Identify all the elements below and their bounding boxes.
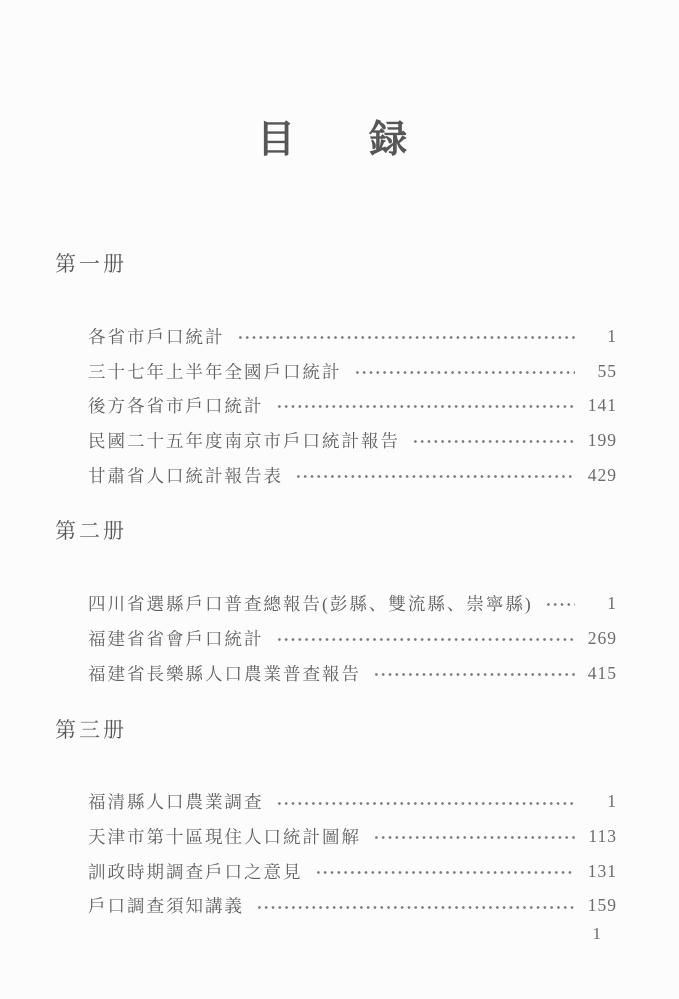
section-entries: 四川省選縣戶口普查總報告(彭縣、雙流縣、崇寧縣)1福建省省會戶口統計269福建省… <box>88 586 617 690</box>
entry-title: 福建省長樂縣人口農業普查報告 <box>88 661 361 686</box>
toc-entry: 天津市第十區現住人口統計圖解113 <box>88 819 617 854</box>
toc-entry: 後方各省市戶口統計141 <box>88 388 617 423</box>
entry-page-number: 55 <box>583 361 617 382</box>
toc-entry: 各省市戶口統計1 <box>88 319 617 354</box>
section-label: 第一册 <box>55 250 679 278</box>
dot-leader <box>371 656 575 691</box>
section-label: 第二册 <box>55 517 679 545</box>
section-entries: 福清縣人口農業調查1天津市第十區現住人口統計圖解113訓政時期調查戶口之意見13… <box>88 785 617 924</box>
toc-entry: 福建省省會戶口統計269 <box>88 621 617 656</box>
dot-leader <box>235 319 576 354</box>
dot-leader <box>274 388 576 423</box>
section-entries: 各省市戶口統計1三十七年上半年全國戶口統計55後方各省市戶口統計141民國二十五… <box>88 319 617 492</box>
entry-page-number: 1 <box>583 593 617 614</box>
toc-entry: 四川省選縣戶口普查總報告(彭縣、雙流縣、崇寧縣)1 <box>88 586 617 621</box>
entry-title: 後方各省市戶口統計 <box>88 393 264 418</box>
entry-page-number: 159 <box>583 895 617 916</box>
dot-leader <box>371 819 575 854</box>
page-title: 目 録 <box>257 108 407 163</box>
entry-page-number: 199 <box>583 430 617 451</box>
entry-title: 天津市第十區現住人口統計圖解 <box>88 824 361 849</box>
entry-page-number: 429 <box>583 465 617 486</box>
entry-page-number: 269 <box>583 628 617 649</box>
toc-section: 第一册各省市戶口統計1三十七年上半年全國戶口統計55後方各省市戶口統計141民國… <box>0 250 679 492</box>
entry-title: 民國二十五年度南京市戶口統計報告 <box>88 428 400 453</box>
toc-section: 第二册四川省選縣戶口普查總報告(彭縣、雙流縣、崇寧縣)1福建省省會戶口統計269… <box>0 517 679 690</box>
entry-title: 福清縣人口農業調查 <box>88 789 264 814</box>
dot-leader <box>313 854 576 889</box>
entry-page-number: 1 <box>583 791 617 812</box>
scanned-toc-page: 目 録 第一册各省市戶口統計1三十七年上半年全國戶口統計55後方各省市戶口統計1… <box>0 0 679 999</box>
entry-page-number: 131 <box>583 861 617 882</box>
dot-leader <box>543 586 575 621</box>
folio-page-number: 1 <box>593 924 602 944</box>
dot-leader <box>274 621 576 656</box>
section-label: 第三册 <box>55 716 679 744</box>
entry-title: 四川省選縣戶口普查總報告(彭縣、雙流縣、崇寧縣) <box>88 591 533 616</box>
entry-title: 福建省省會戶口統計 <box>88 626 264 651</box>
toc-entry: 甘肅省人口統計報告表429 <box>88 458 617 493</box>
entry-title: 三十七年上半年全國戶口統計 <box>88 359 342 384</box>
entry-page-number: 415 <box>583 663 617 684</box>
toc-entry: 福清縣人口農業調查1 <box>88 785 617 820</box>
toc-sections: 第一册各省市戶口統計1三十七年上半年全國戶口統計55後方各省市戶口統計141民國… <box>0 250 679 923</box>
entry-title: 戶口調查須知講義 <box>88 893 244 918</box>
entry-page-number: 113 <box>583 826 617 847</box>
dot-leader <box>293 458 575 493</box>
entry-title: 甘肅省人口統計報告表 <box>88 463 283 488</box>
entry-title: 訓政時期調查戶口之意見 <box>88 859 303 884</box>
toc-entry: 民國二十五年度南京市戶口統計報告199 <box>88 423 617 458</box>
entry-title: 各省市戶口統計 <box>88 324 225 349</box>
entry-page-number: 1 <box>583 326 617 347</box>
toc-entry: 福建省長樂縣人口農業普查報告415 <box>88 656 617 691</box>
dot-leader <box>254 889 575 924</box>
toc-section: 第三册福清縣人口農業調查1天津市第十區現住人口統計圖解113訓政時期調查戶口之意… <box>0 716 679 924</box>
entry-page-number: 141 <box>583 395 617 416</box>
toc-entry: 戶口調查須知講義159 <box>88 889 617 924</box>
dot-leader <box>274 785 576 820</box>
toc-entry: 訓政時期調查戶口之意見131 <box>88 854 617 889</box>
toc-entry: 三十七年上半年全國戶口統計55 <box>88 354 617 389</box>
dot-leader <box>352 354 576 389</box>
dot-leader <box>410 423 575 458</box>
